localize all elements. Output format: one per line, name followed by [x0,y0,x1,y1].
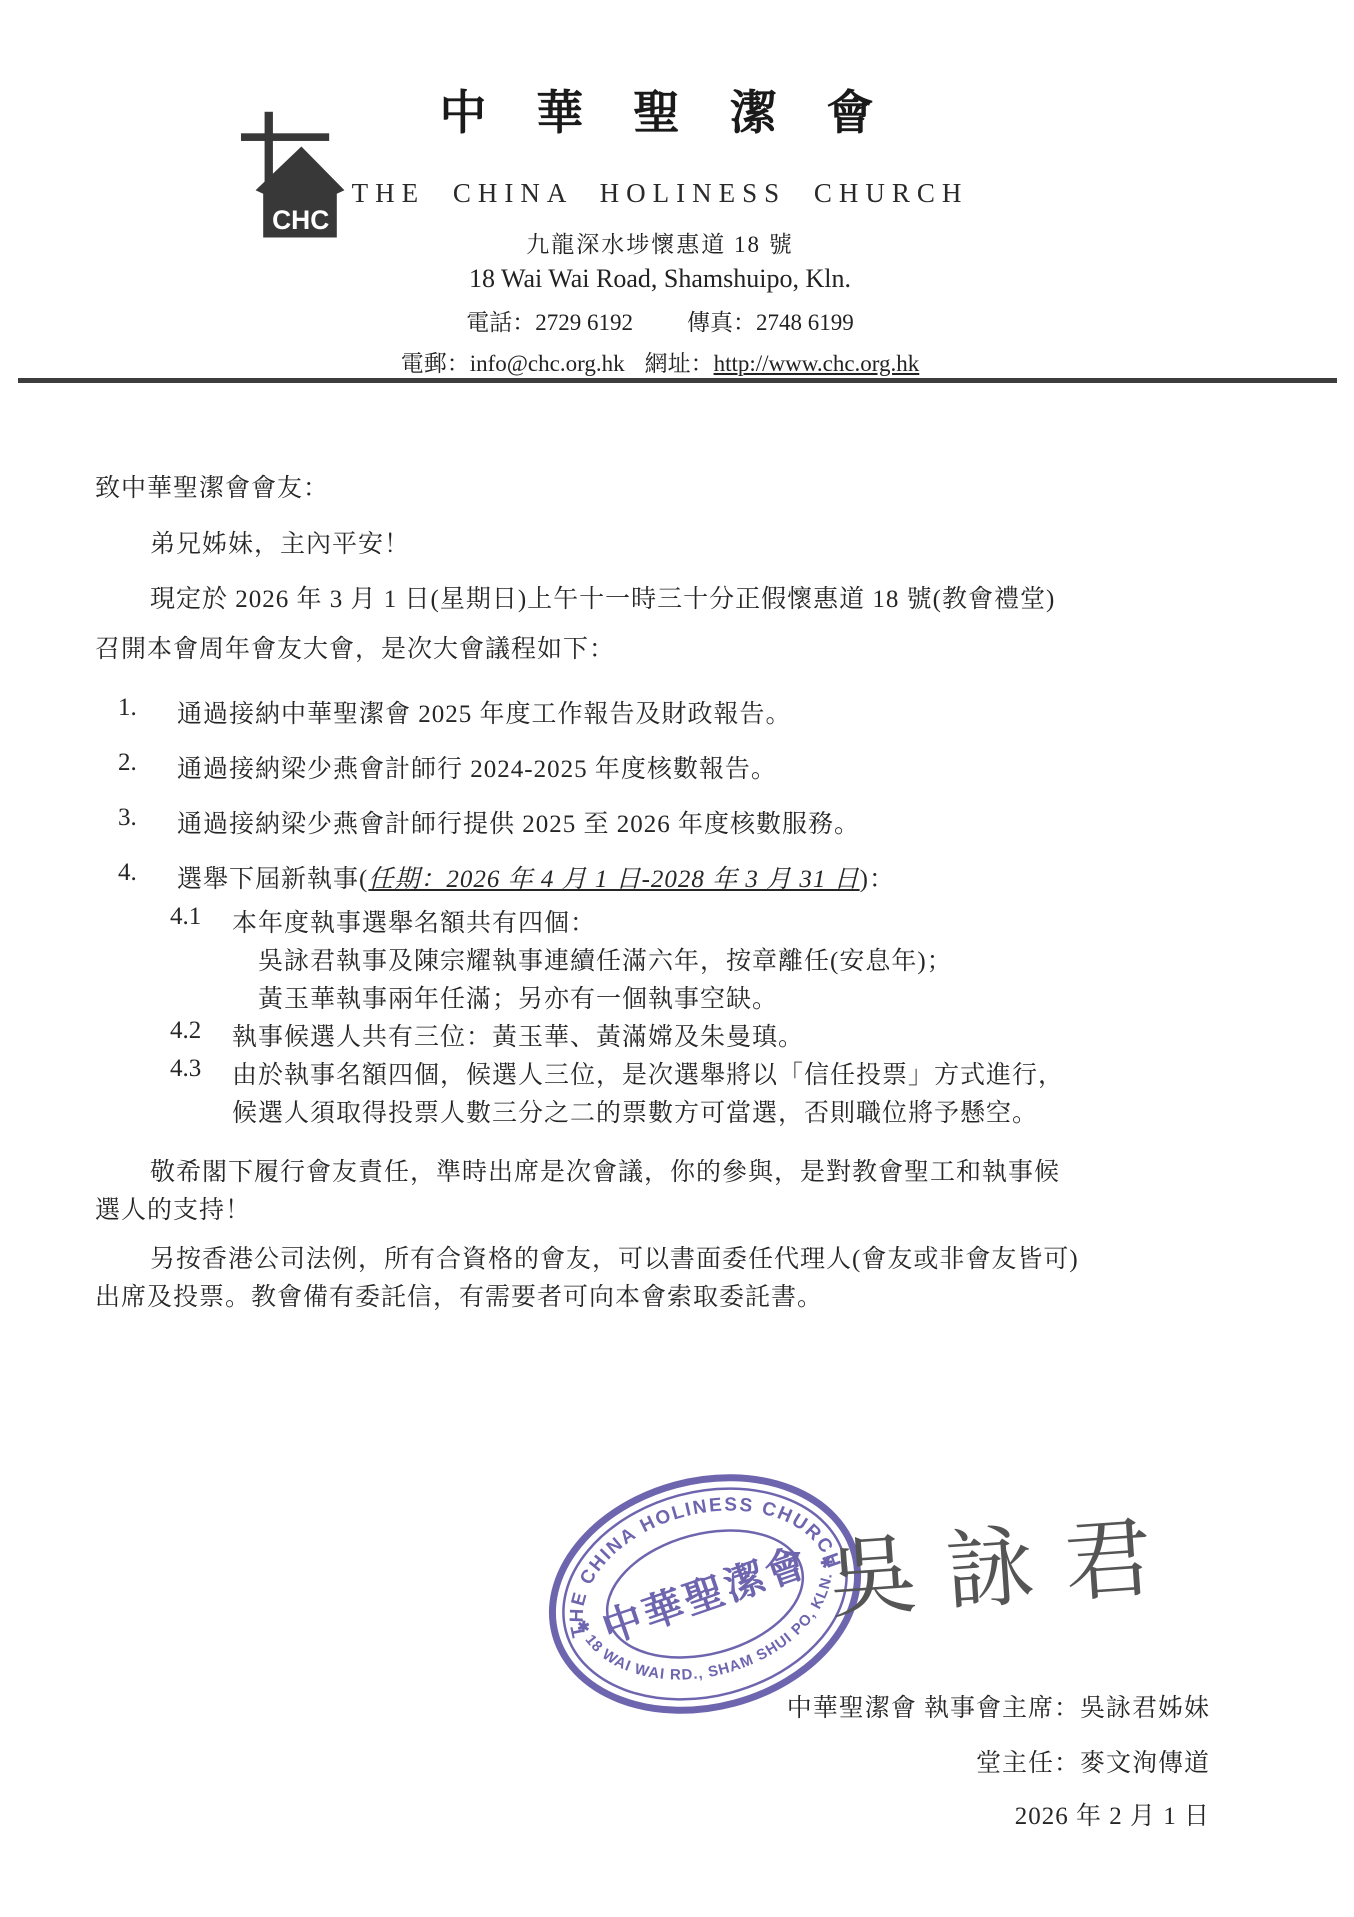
greeting: 弟兄姊妹，主內平安！ [150,524,410,560]
email-address: 電郵：info@chc.org.hk [401,351,625,376]
agenda-4-prefix: 選舉下屆新執事( [177,866,368,893]
agenda-4-3-text: 由於執事名額四個，候選人三位，是次選舉將以「信任投票」方式進行， [232,1055,1064,1091]
header-divider [18,378,1337,383]
intro-line-2: 召開本會周年會友大會，是次大會議程如下： [95,629,615,665]
closing-date: 2026 年 2 月 1 日 [1015,1796,1210,1832]
closing-chairman-line: 中華聖潔會 執事會主席：吳詠君姊妹 [787,1688,1210,1724]
closing-para-2-line-1: 另按香港公司法例，所有合資格的會友，可以書面委任代理人(會友或非會友皆可) [150,1239,1079,1275]
agenda-1-text: 通過接納中華聖潔會 2025 年度工作報告及財政報告。 [177,694,792,730]
phone-fax-line: 電話：2729 6192傳真：2748 6199 [250,304,1070,337]
address-zh: 九龍深水埗懷惠道 18 號 [250,226,1070,259]
agenda-4-text: 選舉下屆新執事(任期：2026 年 4 月 1 日-2028 年 3 月 31 … [177,859,895,895]
web-label: 網址： [645,351,714,376]
agenda-4-2-number: 4.2 [170,1017,201,1045]
agenda-4-1-text: 本年度執事選舉名額共有四個： [232,903,596,939]
agenda-1-number: 1. [118,694,137,722]
agenda-4-3-number: 4.3 [170,1055,201,1083]
agenda-4-number: 4. [118,859,137,887]
agenda-4-1-number: 4.1 [170,903,201,931]
org-name-zh: 中 華 聖 潔 會 [250,76,1070,143]
email-web-line: 電郵：info@chc.org.hk網址：http://www.chc.org.… [250,345,1070,378]
agenda-2-number: 2. [118,749,137,777]
org-name-en: THE CHINA HOLINESS CHURCH [250,178,1070,209]
closing-para-1-line-2: 選人的支持！ [95,1190,251,1226]
agenda-3-text: 通過接納梁少燕會計師行提供 2025 至 2026 年度核數服務。 [177,804,860,840]
phone-number: 電話：2729 6192 [466,310,633,335]
website-url: http://www.chc.org.hk [714,351,920,376]
salutation: 致中華聖潔會會友： [95,468,329,504]
intro-line-1: 現定於 2026 年 3 月 1 日(星期日)上午十一時三十分正假懷惠道 18 … [150,579,1055,615]
closing-pastor-line: 堂主任：麥文洵傳道 [976,1743,1210,1779]
agenda-4-1-line2: 吳詠君執事及陳宗耀執事連續任滿六年，按章離任(安息年)； [258,941,953,977]
closing-para-1-line-1: 敬希閣下履行會友責任，準時出席是次會議，你的參與，是對教會聖工和執事候 [150,1152,1060,1188]
agenda-4-2-text: 執事候選人共有三位：黃玉華、黃滿嫦及朱曼瑱。 [232,1017,804,1053]
closing-para-2-line-2: 出席及投票。教會備有委託信，有需要者可向本會索取委託書。 [95,1277,823,1313]
fax-number: 傳真：2748 6199 [687,310,854,335]
letter-page: CHC 中 華 聖 潔 會 THE CHINA HOLINESS CHURCH … [0,0,1354,1917]
agenda-4-3-line2: 候選人須取得投票人數三分之二的票數方可當選，否則職位將予懸空。 [232,1093,1038,1129]
agenda-4-suffix: )： [860,866,895,893]
address-en: 18 Wai Wai Road, Shamshuipo, Kln. [250,264,1070,294]
signature: 吳詠君 [824,1486,1186,1636]
agenda-3-number: 3. [118,804,137,832]
agenda-4-term: 任期：2026 年 4 月 1 日-2028 年 3 月 31 日 [368,866,859,893]
agenda-4-1-line3: 黃玉華執事兩年任滿；另亦有一個執事空缺。 [258,979,778,1015]
agenda-2-text: 通過接納梁少燕會計師行 2024-2025 年度核數報告。 [177,749,777,785]
